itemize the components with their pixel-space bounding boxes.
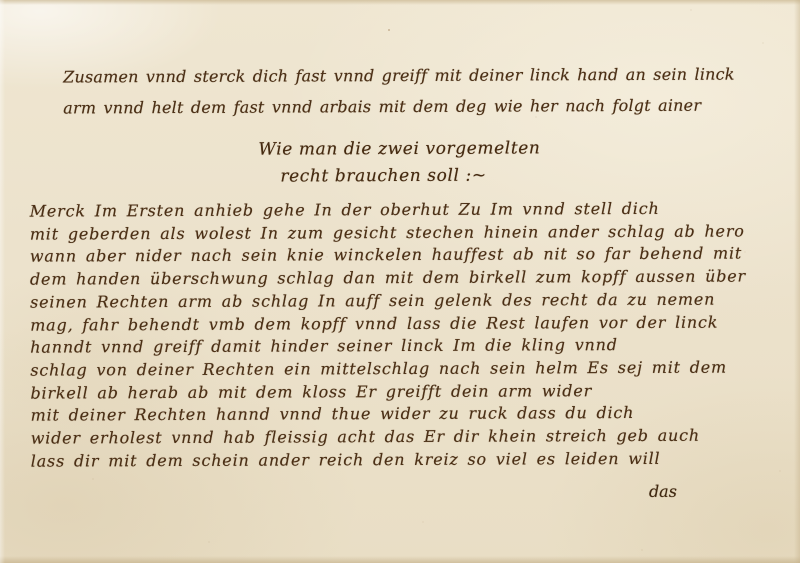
- section-heading: Wie man die zwei vorgemelten recht brauc…: [0, 134, 800, 191]
- manuscript-line: lass dir mit dem schein ander reich den …: [31, 447, 747, 473]
- manuscript-line: arm vnnd helt dem fast vnnd arbais mit d…: [63, 90, 735, 124]
- manuscript-line: wider erholest vnnd hab fleissig acht da…: [31, 425, 747, 451]
- heading-line: Wie man die zwei vorgemelten: [0, 134, 799, 164]
- manuscript-line: schlag von deiner Rechten ein mittelschl…: [30, 356, 746, 382]
- manuscript-line: wann aber nider nach sein knie winckelen…: [30, 243, 746, 269]
- manuscript-line: seinen Rechten arm ab schlag In auff sei…: [30, 288, 746, 314]
- body-paragraph: Merck Im Ersten anhieb gehe In der oberh…: [30, 197, 747, 473]
- manuscript-line: Merck Im Ersten anhieb gehe In der oberh…: [30, 197, 746, 223]
- manuscript-line: dem handen überschwung schlag dan mit de…: [30, 266, 746, 292]
- manuscript-line: mag, fahr behendt vmb dem kopff vnnd las…: [30, 311, 746, 337]
- manuscript-line: hanndt vnnd greiff damit hinder seiner l…: [30, 334, 746, 360]
- heading-line: recht brauchen soll :~: [0, 161, 784, 191]
- manuscript-text: Zusamen vnnd sterck dich fast vnnd greif…: [0, 0, 800, 563]
- manuscript-line: birkell ab herab ab mit dem kloss Er gre…: [30, 379, 746, 405]
- intro-paragraph: Zusamen vnnd sterck dich fast vnnd greif…: [63, 59, 735, 124]
- manuscript-page: Zusamen vnnd sterck dich fast vnnd greif…: [0, 0, 800, 563]
- manuscript-line: mit geberden als wolest In zum gesicht s…: [30, 220, 746, 246]
- catchword: das: [649, 482, 677, 501]
- manuscript-line: mit deiner Rechten hannd vnnd thue wider…: [31, 402, 747, 428]
- manuscript-line: Zusamen vnnd sterck dich fast vnnd greif…: [63, 59, 735, 93]
